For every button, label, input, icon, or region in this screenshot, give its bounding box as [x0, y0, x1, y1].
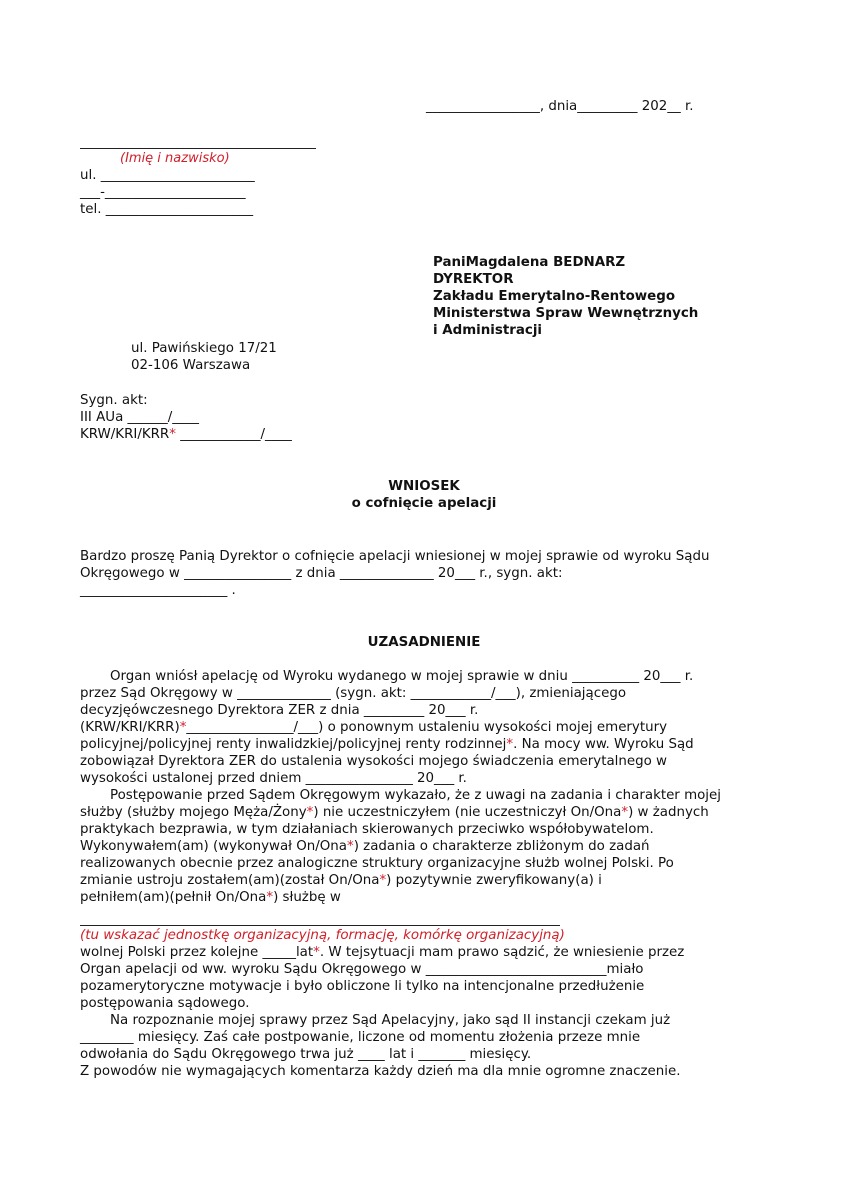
text-segment: Postępowanie przed Sądem Okręgowym wykaz…	[110, 788, 721, 803]
text-segment: Wykonywałem(am) (wykonywał On/Ona	[80, 839, 347, 854]
paragraph-line: Z powodów nie wymagających komentarza ka…	[80, 1063, 780, 1080]
text-segment: ) w żadnych	[628, 805, 709, 820]
text-segment: decyzjęówczesnego Dyrektora ZER z dnia _…	[80, 703, 478, 718]
text-segment: realizowanych obecnie przez analogiczne …	[80, 856, 674, 871]
recipient-name: PaniMagdalena BEDNARZ	[433, 254, 625, 271]
paragraph-line[interactable]: decyzjęówczesnego Dyrektora ZER z dnia _…	[80, 702, 780, 719]
paragraph-line: Wykonywałem(am) (wykonywał On/Ona*) zada…	[80, 838, 780, 855]
text-segment: zobowiązał Dyrektora ZER do ustalenia wy…	[80, 754, 667, 769]
place-date-field[interactable]: _________________, dnia_________ 202__ r…	[426, 98, 694, 115]
unit-fill-line[interactable]	[80, 925, 560, 926]
paragraph-line: zobowiązał Dyrektora ZER do ustalenia wy…	[80, 753, 780, 770]
justification-heading: UZASADNIENIE	[0, 634, 848, 651]
text-segment: Organ wniósł apelację od Wyroku wydanego…	[110, 669, 693, 684]
name-fill-line[interactable]	[80, 148, 316, 149]
text-segment: praktykach bezprawia, w tym działaniach …	[80, 822, 654, 837]
text-segment: ) nie uczestniczyłem (nie uczestniczył O…	[313, 805, 621, 820]
text-segment: ________________/___) o ponownym ustalen…	[186, 720, 667, 735]
case-ref-krw-label: KRW/KRI/KRR	[80, 427, 169, 442]
document-subtitle: o cofnięcie apelacji	[0, 495, 848, 512]
text-segment: ) służbę w	[273, 890, 341, 905]
text-segment: . Na mocy ww. Wyroku Sąd	[513, 737, 694, 752]
paragraph-line: realizowanych obecnie przez analogiczne …	[80, 855, 780, 872]
asterisk-icon: *	[313, 945, 320, 960]
paragraph-line: praktykach bezprawia, w tym działaniach …	[80, 821, 780, 838]
text-segment: (KRW/KRI/KRR)	[80, 720, 180, 735]
paragraph-line: Na rozpoznanie mojej sprawy przez Sąd Ap…	[80, 1012, 780, 1029]
paragraph-line: zmianie ustroju zostałem(am)(został On/O…	[80, 872, 780, 889]
asterisk-icon: *	[347, 839, 354, 854]
text-segment: odwołania do Sądu Okręgowego trwa już __…	[80, 1047, 531, 1062]
unit-hint: (tu wskazać jednostkę organizacyjną, for…	[80, 927, 565, 944]
text-segment: służby (służby mojego Męża/Żony	[80, 805, 307, 820]
recipient-city: 02-106 Warszawa	[131, 357, 250, 374]
text-segment: . W tejsytuacji mam prawo sądzić, że wni…	[320, 945, 684, 960]
paragraph-line: policyjnej/policyjnej renty inwalidzkiej…	[80, 736, 780, 753]
text-segment: wolnej Polski przez kolejne _____lat	[80, 945, 313, 960]
justification-p2: Postępowanie przed Sądem Okręgowym wykaz…	[80, 787, 780, 906]
text-segment: wysokości ustalonej przed dniem ________…	[80, 771, 467, 786]
paragraph-line[interactable]: wysokości ustalonej przed dniem ________…	[80, 770, 780, 787]
justification-p3: wolnej Polski przez kolejne _____lat*. W…	[80, 944, 780, 1012]
postal-code-field[interactable]: ___-_____________________	[80, 184, 246, 201]
paragraph-line[interactable]: przez Sąd Okręgowy w ______________ (syg…	[80, 685, 780, 702]
text-segment: pozamerytoryczne motywacje i było oblicz…	[80, 979, 644, 994]
paragraph-line[interactable]: Organ apelacji od ww. wyroku Sądu Okręgo…	[80, 961, 780, 978]
paragraph-line[interactable]: wolnej Polski przez kolejne _____lat*. W…	[80, 944, 780, 961]
text-segment: przez Sąd Okręgowy w ______________ (syg…	[80, 686, 626, 701]
asterisk-icon: *	[169, 427, 176, 442]
recipient-institution-3: i Administracji	[433, 322, 542, 339]
case-ref-aua-field[interactable]: III AUa ______/____	[80, 409, 199, 426]
text-segment: ) zadania o charakterze zbliżonym do zad…	[354, 839, 650, 854]
paragraph-line[interactable]: Organ wniósł apelację od Wyroku wydanego…	[80, 668, 780, 685]
text-segment: zmianie ustroju zostałem(am)(został On/O…	[80, 873, 379, 888]
text-segment: Na rozpoznanie mojej sprawy przez Sąd Ap…	[110, 1013, 670, 1028]
text-segment: Z powodów nie wymagających komentarza ka…	[80, 1064, 681, 1079]
text-segment: ) pozytywnie zweryfikowany(a) i	[386, 873, 602, 888]
text-segment: policyjnej/policyjnej renty inwalidzkiej…	[80, 737, 506, 752]
text-segment: postępowania sądowego.	[80, 996, 249, 1011]
recipient-street: ul. Pawińskiego 17/21	[131, 340, 277, 357]
recipient-title: DYREKTOR	[433, 271, 514, 288]
paragraph-line[interactable]: ________ miesięcy. Zaś całe postpowanie,…	[80, 1029, 780, 1046]
case-ref-krw-blank[interactable]: ____________/____	[176, 427, 292, 442]
recipient-institution-2: Ministerstwa Spraw Wewnętrznych	[433, 305, 698, 322]
case-ref-krw-field[interactable]: KRW/KRI/KRR* ____________/____	[80, 426, 292, 443]
text-segment: pełniłem(am)(pełnił On/Ona	[80, 890, 266, 905]
text-segment: Organ apelacji od ww. wyroku Sądu Okręgo…	[80, 962, 643, 977]
paragraph-line[interactable]: odwołania do Sądu Okręgowego trwa już __…	[80, 1046, 780, 1063]
paragraph-line[interactable]: (KRW/KRI/KRR)*________________/___) o po…	[80, 719, 780, 736]
justification-p4: Na rozpoznanie mojej sprawy przez Sąd Ap…	[80, 1012, 780, 1080]
paragraph-line: pełniłem(am)(pełnił On/Ona*) służbę w	[80, 889, 780, 906]
case-ref-label: Sygn. akt:	[80, 392, 148, 409]
paragraph-line: służby (służby mojego Męża/Żony*) nie uc…	[80, 804, 780, 821]
name-label: (Imię i nazwisko)	[120, 150, 230, 167]
justification-p1: Organ wniósł apelację od Wyroku wydanego…	[80, 668, 780, 787]
request-line[interactable]: Okręgowego w ________________ z dnia ___…	[80, 565, 780, 582]
paragraph-line: postępowania sądowego.	[80, 995, 780, 1012]
request-line: Bardzo proszę Panią Dyrektor o cofnięcie…	[80, 548, 780, 565]
street-field[interactable]: ul. _______________________	[80, 167, 255, 184]
recipient-institution-1: Zakładu Emerytalno-Rentowego	[433, 288, 675, 305]
phone-field[interactable]: tel. ______________________	[80, 201, 253, 218]
paragraph-line: pozamerytoryczne motywacje i było oblicz…	[80, 978, 780, 995]
document-title: WNIOSEK	[0, 478, 848, 495]
request-line[interactable]: ______________________ .	[80, 582, 780, 599]
paragraph-line: Postępowanie przed Sądem Okręgowym wykaz…	[80, 787, 780, 804]
request-paragraph: Bardzo proszę Panią Dyrektor o cofnięcie…	[80, 548, 780, 599]
text-segment: ________ miesięcy. Zaś całe postpowanie,…	[80, 1030, 640, 1045]
